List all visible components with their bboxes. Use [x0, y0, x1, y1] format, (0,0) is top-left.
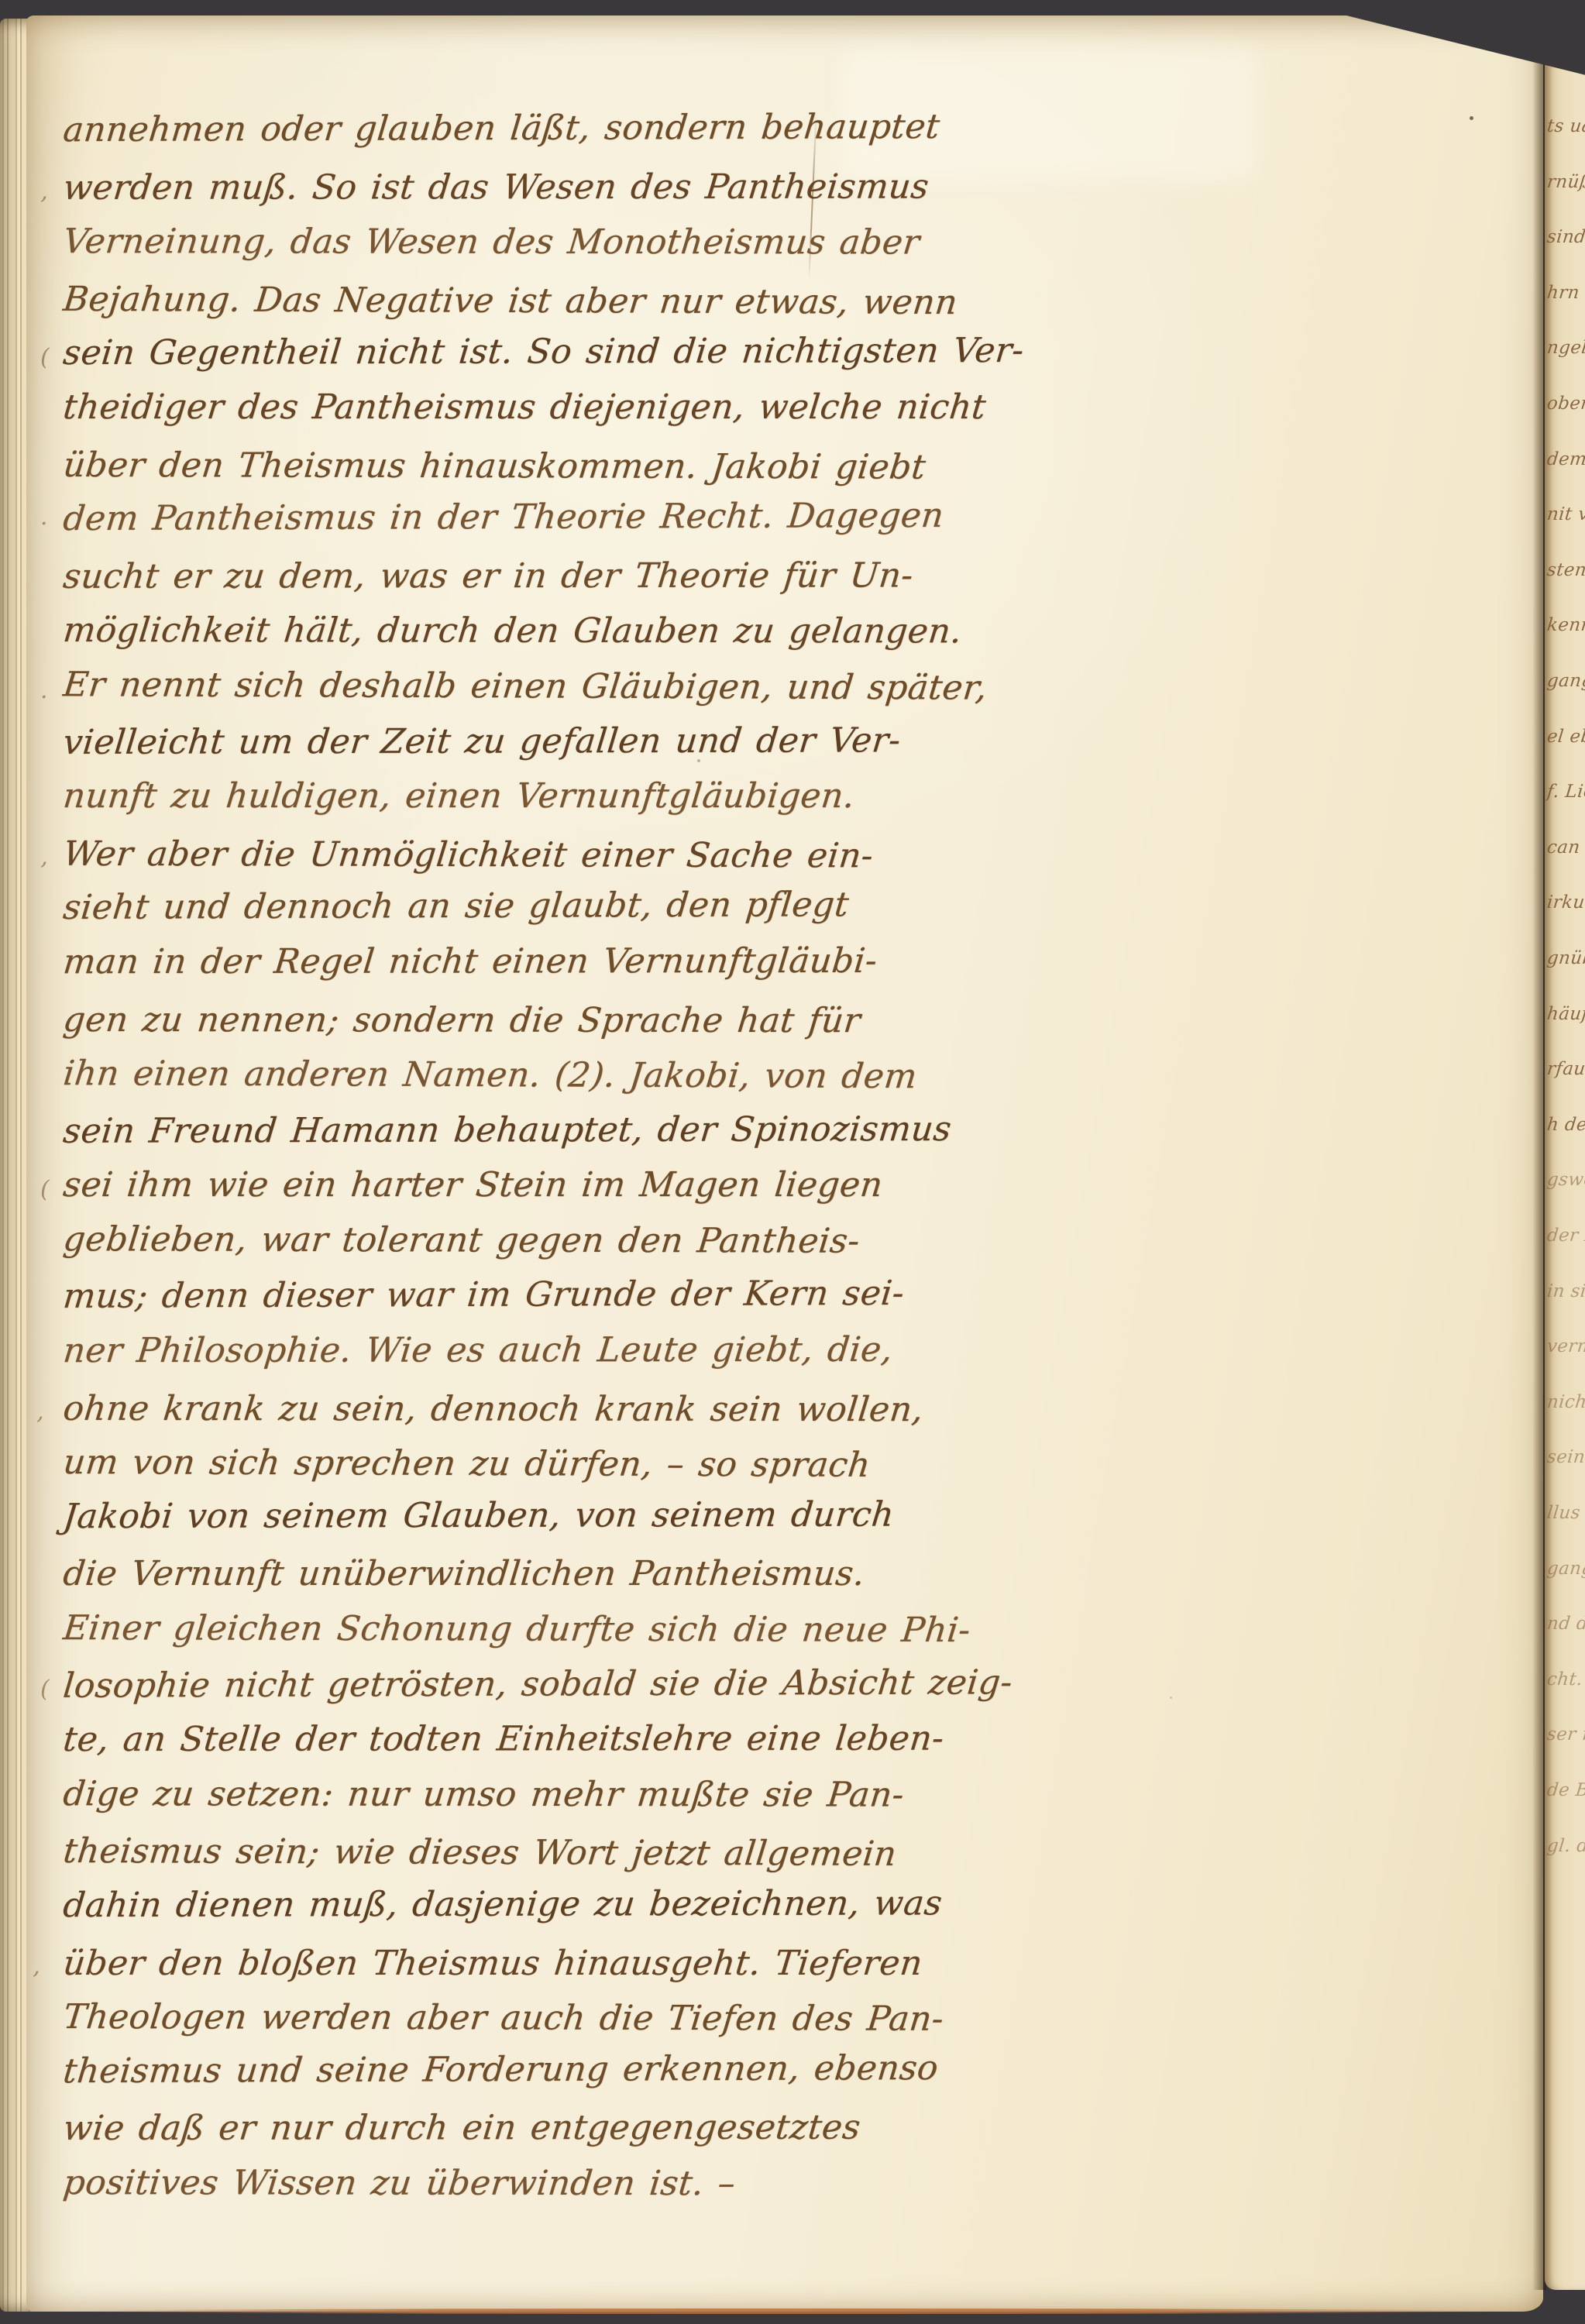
edge-fragment: ngele hra [1546, 338, 1585, 358]
manuscript-line: mus; denn dieser war im Grunde der Kern … [60, 1266, 918, 1325]
manuscript-line: sei ihm wie ein harter Stein im Magen li… [60, 1157, 919, 1213]
manuscript-line: ner Philosophie. Wie es auch Leute giebt… [60, 1322, 918, 1379]
edge-fragment: can wir [1546, 837, 1585, 858]
margin-mark: ‚ [33, 1953, 40, 1980]
edge-fragment: der Ra [1546, 1226, 1585, 1246]
manuscript-line: sein Freund Hamann behauptet, der Spinoz… [60, 1102, 918, 1159]
manuscript-line: nunft zu huldigen, einen Vernunftgläubig… [60, 768, 919, 824]
margin-mark: ( [40, 1676, 50, 1703]
edge-fragment: nit vrbo [1546, 504, 1585, 524]
margin-mark: ‚ [40, 844, 48, 871]
manuscript-line: über den Theismus hinauskommen. Jakobi g… [60, 437, 919, 494]
ink-speck [697, 759, 700, 762]
manuscript-line: ihn einen anderen Namen. (2). Jakobi, vo… [60, 1046, 919, 1105]
manuscript-line: dige zu setzen: nur umso mehr mußte sie … [60, 1766, 919, 1823]
adjacent-page-edge: ts uarnüßnsind, wahrn (nigngele hraoben)… [1545, 25, 1585, 2290]
manuscript-line: Jakobi von seinem Glauben, von seinem du… [60, 1487, 918, 1544]
manuscript-line: positives Wissen zu überwinden ist. – [60, 2155, 919, 2212]
edge-fragment: seine A [1546, 1447, 1585, 1467]
manuscript-line: losophie nicht getrösten, sobald sie die… [60, 1655, 918, 1714]
edge-fragment: gang u [1546, 1559, 1585, 1579]
manuscript-line: sucht er zu dem, was er in der Theorie f… [60, 548, 918, 604]
edge-fragment: h de Alfa [1546, 1115, 1585, 1135]
edge-fragment: kenntniß [1546, 615, 1585, 635]
edge-fragment: häuften z [1546, 1004, 1585, 1024]
manuscript-line: Bejahung. Das Negative ist aber nur etwa… [60, 272, 919, 331]
manuscript-line: möglichkeit hält, durch den Glauben zu g… [60, 603, 919, 659]
edge-fragment: gnüber d [1546, 948, 1585, 968]
manuscript-line: vielleicht um der Zeit zu gefallen und d… [60, 713, 918, 770]
edge-fragment: rfaung der [1546, 1059, 1585, 1079]
manuscript-line: dahin dienen muß, dasjenige zu bezeichne… [60, 1875, 918, 1933]
manuscript-line: Theologen werden aber auch die Tiefen de… [60, 1989, 919, 2047]
text-block: annehmen oder glauben läßt, sondern beha… [60, 104, 913, 2212]
manuscript-line: geblieben, war tolerant gegen den Panthe… [60, 1212, 919, 1269]
margin-mark: ( [40, 344, 50, 371]
manuscript-line: wie daß er nur durch ein entgegengesetzt… [60, 2100, 918, 2157]
edge-fragment: sind, wa [1546, 227, 1585, 247]
edge-fragment: nicht da [1546, 1392, 1585, 1412]
manuscript-line: theidiger des Pantheismus diejenigen, we… [60, 380, 919, 435]
manuscript-line: Er nennt sich deshalb einen Gläubigen, u… [60, 657, 919, 716]
edge-fragment: vermag [1546, 1336, 1585, 1356]
margin-mark: . [40, 677, 48, 704]
edge-fragment: hrn (nig [1546, 283, 1585, 303]
manuscript-line: Verneinung, das Wesen des Monotheismus a… [60, 214, 919, 270]
manuscript-line: über den bloßen Theismus hinausgeht. Tie… [60, 1935, 919, 1991]
manuscript-line: sieht und dennoch an sie glaubt, den pfl… [60, 877, 918, 936]
margin-mark: · [40, 511, 48, 538]
edge-fragment: irkung da [1546, 892, 1585, 913]
manuscript-line: gen zu nennen; sondern die Sprache hat f… [60, 992, 919, 1048]
ink-speck [1470, 116, 1473, 120]
edge-fragment: gl. d [1546, 1836, 1585, 1856]
edge-fragment: gang des [1546, 671, 1585, 691]
edge-fragment: cht. – [1546, 1669, 1585, 1690]
manuscript-line: um von sich sprechen zu dürfen, – so spr… [60, 1435, 919, 1494]
margin-mark: ‚ [36, 1398, 44, 1425]
edge-fragment: llus er [1546, 1503, 1585, 1523]
manuscript-line: werden muß. So ist das Wesen des Panthei… [60, 159, 918, 215]
manuscript-line: te, an Stelle der todten Einheitslehre e… [60, 1711, 918, 1768]
manuscript-line: dem Pantheismus in der Theorie Recht. Da… [60, 488, 918, 547]
edge-fragment: f. Licht – [1546, 782, 1585, 802]
edge-fragment: sten endli [1546, 560, 1585, 580]
manuscript-line: annehmen oder glauben läßt, sondern beha… [60, 99, 918, 158]
edge-fragment: oben), s [1546, 394, 1585, 414]
manuscript-line: die Vernunft unüberwindlichen Pantheismu… [60, 1546, 919, 1602]
edge-fragment: in sich [1546, 1281, 1585, 1301]
ink-speck [1170, 1697, 1172, 1699]
margin-mark: ‚ [40, 178, 48, 205]
edge-fragment: nd die [1546, 1614, 1585, 1634]
manuscript-line: sein Gegentheil nicht ist. So sind die n… [60, 324, 918, 381]
edge-fragment: ts ua [1546, 116, 1585, 136]
manuscript-line: ohne krank zu sein, dennoch krank sein w… [60, 1380, 919, 1437]
edge-fragment: gsweise [1546, 1170, 1585, 1190]
ink-speck [474, 1349, 477, 1353]
manuscript-line: Einer gleichen Schonung durfte sich die … [60, 1600, 919, 1658]
manuscript-line: theismus sein; wie dieses Wort jetzt all… [60, 1824, 919, 1882]
scan-background: { "document": { "kind": "handwritten man… [0, 0, 1585, 2324]
manuscript-line: theismus und seine Forderung erkennen, e… [60, 2040, 918, 2099]
edge-fragment: de B [1546, 1780, 1585, 1800]
manuscript-page: annehmen oder glauben läßt, sondern beha… [26, 15, 1543, 2312]
manuscript-line: man in der Regel nicht einen Vernunftglä… [60, 933, 918, 990]
manuscript-line: Wer aber die Unmöglichkeit einer Sache e… [60, 827, 919, 884]
edge-fragment: rnüßn [1546, 172, 1585, 192]
edge-fragment: ser n [1546, 1724, 1585, 1745]
edge-fragment: el ebn ni [1546, 727, 1585, 747]
margin-mark: ( [40, 1176, 50, 1203]
edge-fragment: dem Pa [1546, 449, 1585, 469]
